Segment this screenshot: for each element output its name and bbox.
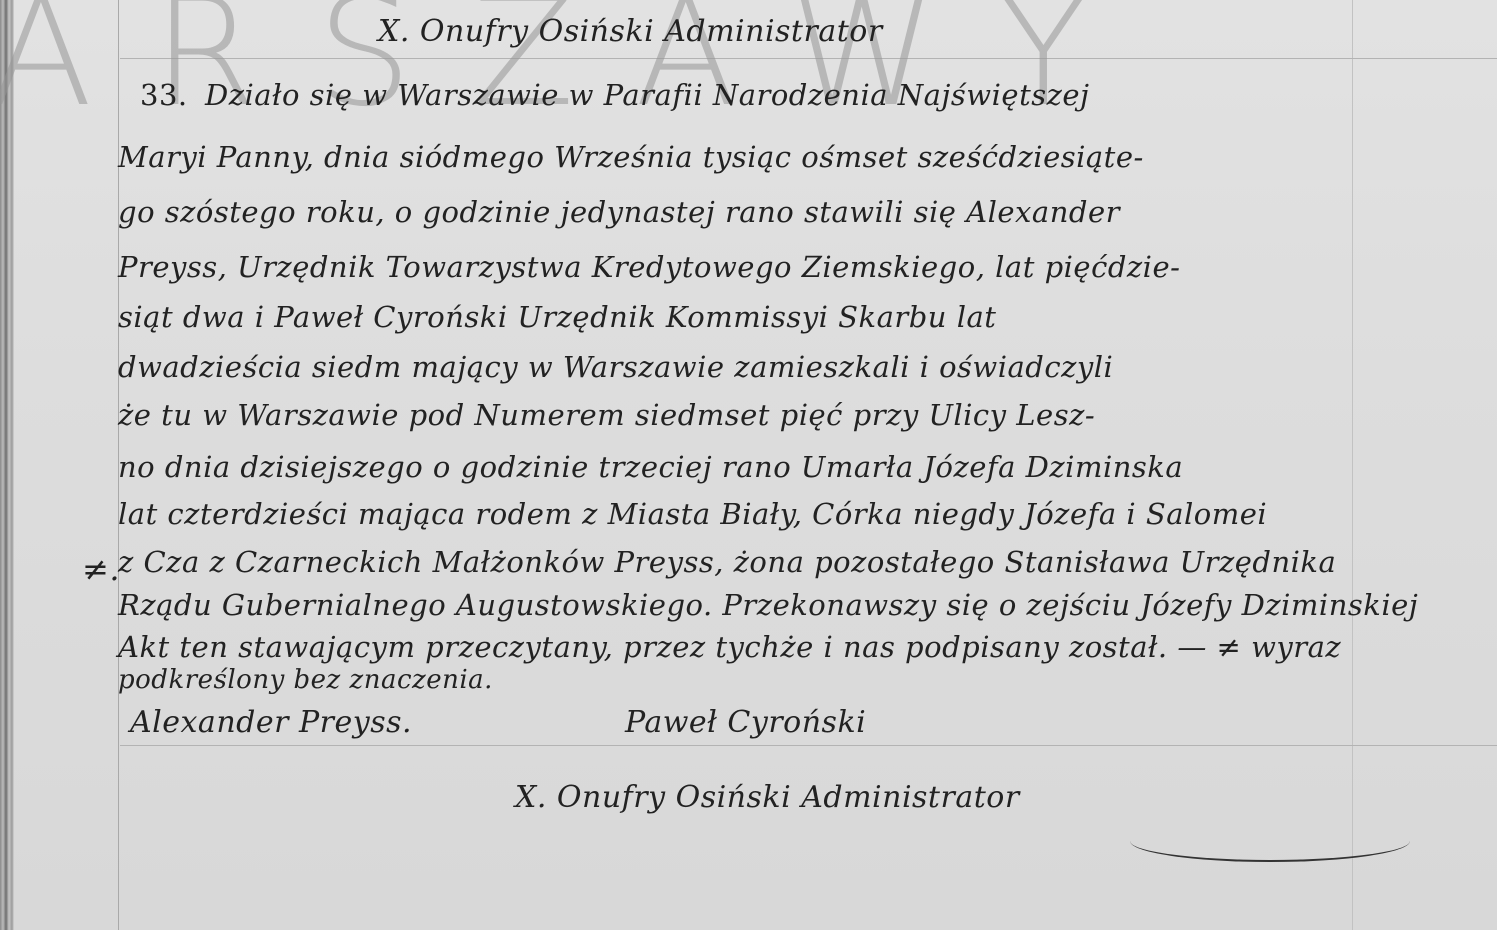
- ruled-line: [120, 745, 1497, 746]
- margin-note-mark: ≠.: [82, 550, 120, 588]
- record-line-10: z Cza z Czarneckich Małżonków Preyss, żo…: [118, 545, 1336, 579]
- signature-flourish: [1130, 820, 1410, 862]
- record-line-2: Maryi Panny, dnia siódmego Września tysi…: [118, 140, 1144, 174]
- signature-administrator: X. Onufry Osiński Administrator: [515, 780, 1020, 815]
- record-line-4: Preyss, Urzędnik Towarzystwa Kredytowego…: [118, 250, 1180, 284]
- scanned-document-page: ARSZAWY X. Onufry Osiński Administrator …: [0, 0, 1497, 930]
- record-line-13: podkreślony bez znaczenia.: [118, 665, 493, 695]
- record-line-9: lat czterdzieści mająca rodem z Miasta B…: [118, 497, 1267, 531]
- record-line-11: Rządu Gubernialnego Augustowskiego. Prze…: [118, 588, 1418, 622]
- right-margin-rule: [1352, 0, 1353, 930]
- record-line-8: no dnia dzisiejszego o godzinie trzeciej…: [118, 450, 1183, 484]
- signature-pawel-cyronski: Paweł Cyroński: [625, 705, 866, 740]
- entry-number: 33.: [140, 78, 188, 112]
- record-line-6: dwadzieścia siedm mający w Warszawie zam…: [118, 350, 1113, 384]
- record-line-5: siąt dwa i Paweł Cyroński Urzędnik Kommi…: [118, 300, 996, 334]
- record-line-12: Akt ten stawającym przeczytany, przez ty…: [118, 630, 1341, 664]
- top-signature: X. Onufry Osiński Administrator: [378, 14, 883, 49]
- record-line-7: że tu w Warszawie pod Numerem siedmset p…: [118, 398, 1095, 432]
- signature-alexander-preyss: Alexander Preyss.: [130, 705, 412, 740]
- record-line-3: go szóstego roku, o godzinie jedynastej …: [118, 195, 1120, 229]
- record-line-1: Działo się w Warszawie w Parafii Narodze…: [205, 78, 1090, 112]
